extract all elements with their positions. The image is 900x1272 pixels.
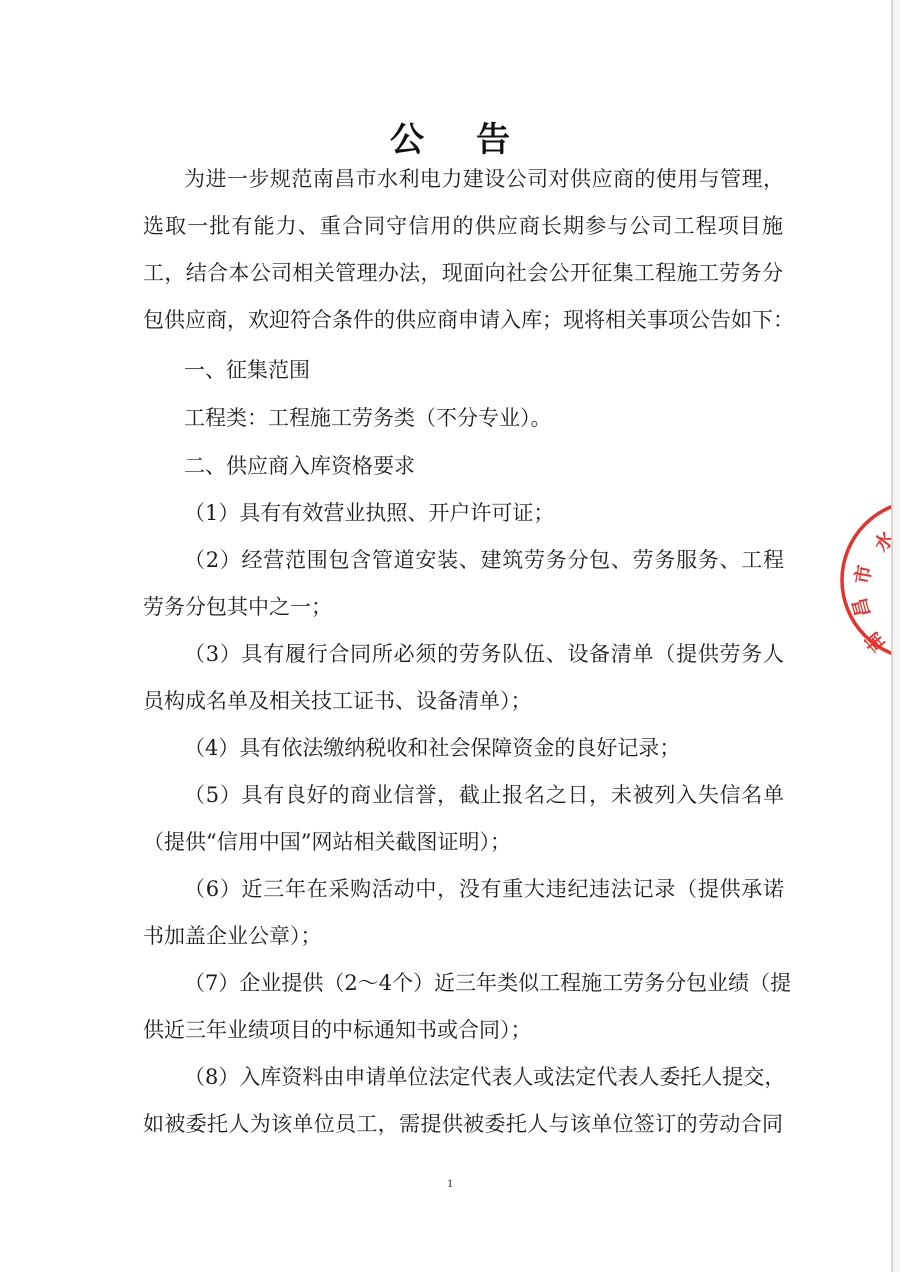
paragraph-line: （3）具有履行合同所必须的劳务队伍、设备清单（提供劳务人 [184, 640, 784, 668]
paragraph-line: 选取一批有能力、重合同守信用的供应商长期参与公司工程项目施 [143, 212, 783, 240]
paragraph-line: 劳务分包其中之一； [143, 593, 783, 621]
paragraph-line: 供近三年业绩项目的中标通知书或合同）； [143, 1016, 783, 1044]
document-page: 公告 为进一步规范南昌市水利电力建设公司对供应商的使用与管理，选取一批有能力、重… [0, 0, 900, 1272]
seal-char-shui: 水 [869, 527, 892, 556]
paragraph-line: （5）具有良好的商业信誉，截止报名之日，未被列入失信名单 [184, 781, 784, 809]
page-title: 公告 [0, 112, 900, 161]
seal-char-chang: 昌 [849, 595, 875, 619]
paragraph-line: 书加盖企业公章）； [143, 922, 783, 950]
paragraph-line: 包供应商，欢迎符合条件的供应商申请入库；现将相关事项公告如下： [143, 306, 783, 334]
page-number: 1 [0, 1176, 900, 1191]
scan-edge-shade [893, 0, 900, 1272]
seal-icon: 水 市 昌 利 南 [838, 497, 892, 663]
section-heading: 二、供应商入库资格要求 [184, 452, 784, 480]
paragraph-line: （提供“信用中国”网站相关截图证明）； [143, 828, 783, 856]
paragraph-line: 工，结合本公司相关管理办法，现面向社会公开征集工程施工劳务分 [143, 259, 783, 287]
paragraph-line: （6）近三年在采购活动中，没有重大违纪违法记录（提供承诺 [184, 875, 784, 903]
paragraph-line: （1）具有有效营业执照、开户许可证； [184, 499, 784, 527]
paragraph-line: （4）具有依法缴纳税收和社会保障资金的良好记录； [184, 734, 784, 762]
paragraph-line: （8）入库资料由申请单位法定代表人或法定代表人委托人提交， [184, 1063, 784, 1091]
seal-char-shi: 市 [850, 563, 876, 586]
title-char-2: 告 [476, 112, 510, 161]
section-heading: 一、征集范围 [184, 356, 784, 384]
official-seal-stamp: 水 市 昌 利 南 [838, 497, 892, 663]
paragraph-line: 工程类：工程施工劳务类（不分专业）。 [184, 404, 784, 432]
paragraph-line: （2）经营范围包含管道安装、建筑劳务分包、劳务服务、工程 [184, 546, 784, 574]
paragraph-line: （7）企业提供（2～4个）近三年类似工程施工劳务分包业绩（提 [184, 969, 784, 997]
paragraph-line: 如被委托人为该单位员工，需提供被委托人与该单位签订的劳动合同 [143, 1110, 783, 1138]
paragraph-line: 员构成名单及相关技工证书、设备清单）； [143, 687, 783, 715]
title-char-1: 公 [390, 112, 424, 161]
paragraph-line: 为进一步规范南昌市水利电力建设公司对供应商的使用与管理， [184, 165, 784, 193]
